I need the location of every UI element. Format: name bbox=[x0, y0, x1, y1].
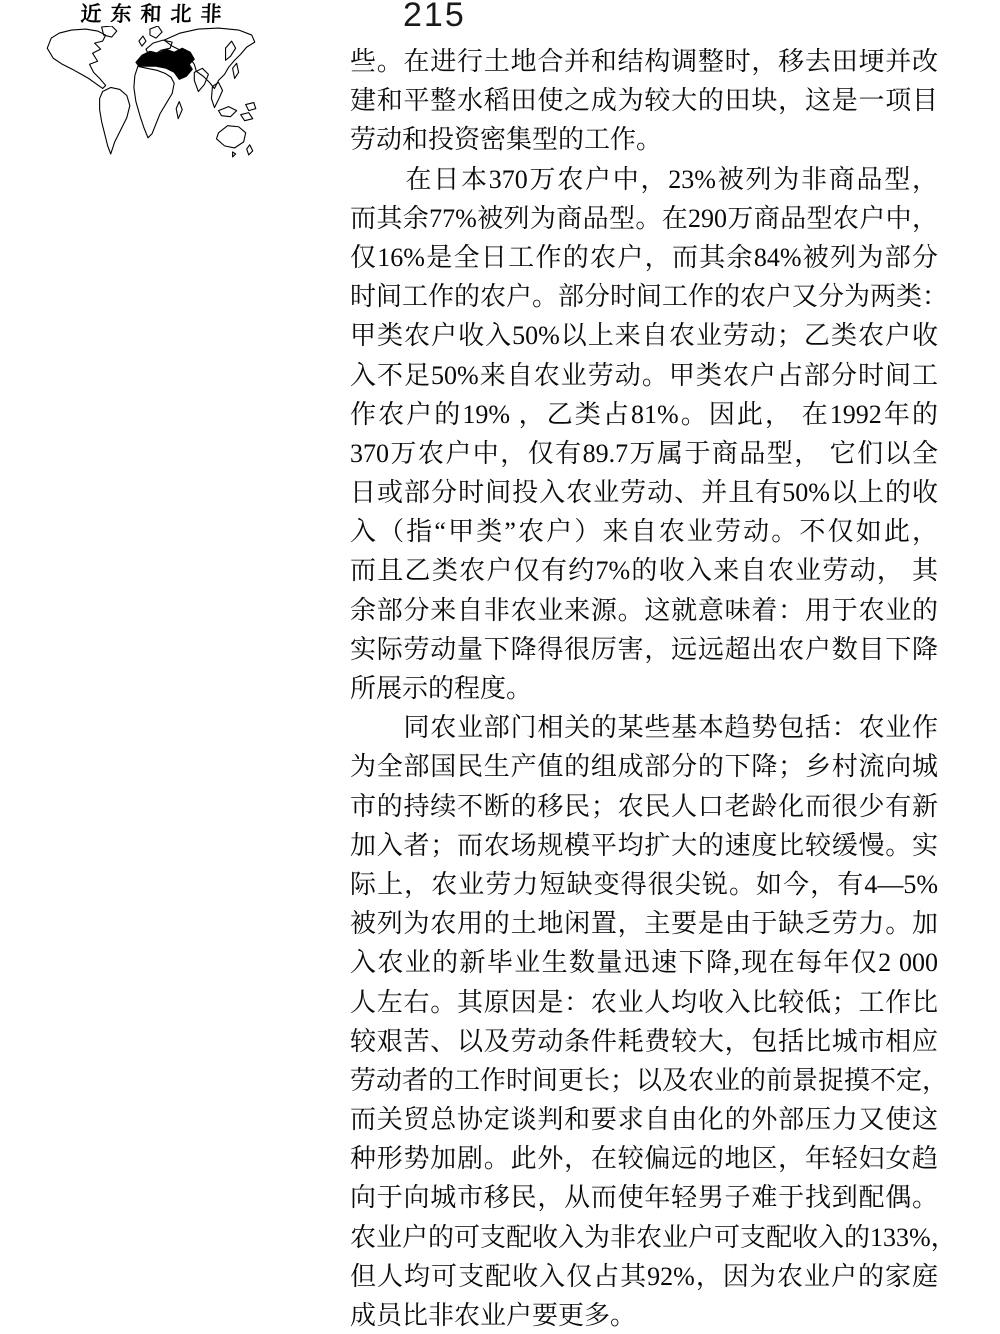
body-text-line: 实际劳动量下降得很厉害，远远超出农户数目下降 bbox=[350, 630, 938, 669]
indonesia-outline bbox=[218, 107, 236, 117]
region-map-block: 近东和北非 bbox=[40, 2, 262, 162]
africa-outline bbox=[134, 66, 174, 138]
body-text-line: 而且乙类农户仅有约7%的收入来自农业劳动， 其 bbox=[350, 551, 938, 590]
body-text-line: 加入者；而农场规模平均扩大的速度比较缓慢。实 bbox=[350, 826, 938, 865]
world-map-icon bbox=[45, 26, 257, 162]
body-text-line: 入农业的新毕业生数量迅速下降,现在每年仅2 000 bbox=[350, 943, 938, 982]
body-text-line: 入（指“甲类”农户）来自农业劳动。不仅如此， bbox=[350, 512, 938, 551]
body-text-line: 些。在进行土地合并和结构调整时，移去田埂并改 bbox=[350, 42, 938, 81]
british-isles-outline bbox=[139, 36, 146, 46]
body-text-line: 而关贸总协定谈判和要求自由化的外部压力又使这 bbox=[350, 1100, 938, 1139]
body-text-line: 在日本370万农户中，23%被列为非商品型， bbox=[350, 160, 938, 199]
greenland-outline bbox=[102, 26, 117, 37]
tasmania-outline bbox=[233, 152, 236, 157]
page-number: 215 bbox=[403, 0, 466, 35]
body-text-line: 为全部国民生产值的组成部分的下降；乡村流向城 bbox=[350, 747, 938, 786]
region-map-title: 近东和北非 bbox=[40, 2, 263, 26]
body-text: 些。在进行土地合并和结构调整时，移去田埂并改 建和平整水稻田使之成为较大的田块，… bbox=[350, 42, 938, 1334]
body-text-line: 建和平整水稻田使之成为较大的田块，这是一项目 bbox=[350, 81, 938, 120]
body-text-line: 际上，农业劳力短缺变得很尖锐。如今，有4—5% bbox=[350, 865, 938, 904]
southeast-asia-outline bbox=[211, 82, 222, 107]
body-text-line: 入不足50%来自农业劳动。甲类农户占部分时间工 bbox=[350, 356, 938, 395]
new-guinea-outline bbox=[246, 103, 256, 111]
body-text-line: 市的持续不断的移民；农民人口老龄化而很少有新 bbox=[350, 787, 938, 826]
body-text-line: 人左右。其原因是：农业人均收入比较低；工作比 bbox=[350, 983, 938, 1022]
body-text-line: 甲类农户收入50%以上来自农业劳动；乙类农户收 bbox=[350, 316, 938, 355]
australia-outline bbox=[216, 126, 245, 148]
body-text-line: 较艰苦、以及劳动条件耗费较大，包括比城市相应 bbox=[350, 1022, 938, 1061]
body-text-line: 370万农户中，仅有89.7万属于商品型， 它们以全 bbox=[350, 434, 938, 473]
body-text-line: 种形势加剧。此外，在较偏远的地区，年轻妇女趋 bbox=[350, 1139, 938, 1178]
body-text-line: 向于向城市移民，从而使年轻男子难于找到配偶。 bbox=[350, 1178, 938, 1217]
body-text-line: 劳动和投资密集型的工作。 bbox=[350, 120, 938, 159]
scandinavia-outline bbox=[150, 26, 162, 38]
body-text-line: 被列为农用的土地闲置，主要是由于缺乏劳力。加 bbox=[350, 904, 938, 943]
body-text-line: 农业户的可支配收入为非农业户可支配收入的133%， bbox=[350, 1218, 938, 1257]
south-america-outline bbox=[100, 87, 130, 153]
new-zealand-outline bbox=[247, 145, 253, 155]
north-america-outline bbox=[47, 29, 105, 88]
body-text-line: 时间工作的农户。部分时间工作的农户又分为两类： bbox=[350, 277, 938, 316]
body-text-line: 同农业部门相关的某些基本趋势包括：农业作 bbox=[350, 708, 938, 747]
body-text-line: 日或部分时间投入农业劳动、并且有50%以上的收 bbox=[350, 473, 938, 512]
indonesia-east-outline bbox=[241, 113, 253, 121]
body-text-line: 仅16%是全日工作的农户，而其余84%被列为部分 bbox=[350, 238, 938, 277]
japan-outline bbox=[226, 41, 236, 60]
body-text-line: 余部分来自非农业来源。这就意味着：用于农业的 bbox=[350, 591, 938, 630]
body-text-line: 作农户的19% ，乙类占81%。因此， 在1992年的 bbox=[350, 395, 938, 434]
body-text-line: 成员比非农业户要更多。 bbox=[350, 1296, 938, 1334]
madagascar-outline bbox=[176, 102, 182, 119]
book-page: 近东和北非 bbox=[0, 0, 1000, 1334]
body-text-line: 而其余77%被列为商品型。在290万商品型农户中， bbox=[350, 199, 938, 238]
body-text-line: 但人均可支配收入仅占其92%，因为农业户的家庭 bbox=[350, 1257, 938, 1296]
india-outline bbox=[194, 68, 208, 91]
body-text-line: 劳动者的工作时间更长；以及农业的前景捉摸不定， bbox=[350, 1061, 938, 1100]
near-east-north-africa-highlight bbox=[136, 48, 194, 79]
body-text-line: 所展示的程度。 bbox=[350, 669, 938, 708]
philippines-outline bbox=[233, 63, 239, 78]
